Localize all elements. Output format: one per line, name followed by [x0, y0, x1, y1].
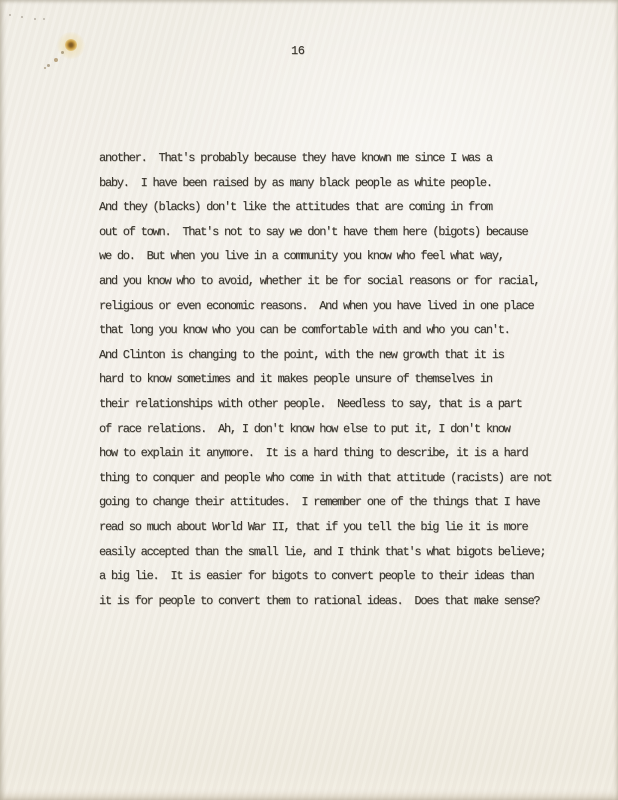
text-line: read so much about World War II, that if… — [99, 515, 569, 540]
stain-speck — [34, 18, 36, 20]
stain-speck — [44, 67, 46, 69]
stain-speck — [47, 64, 50, 67]
text-line: we do. But when you live in a community … — [99, 244, 569, 269]
text-line: that long you know who you can be comfor… — [99, 318, 569, 343]
text-line: out of town. That's not to say we don't … — [99, 220, 569, 245]
text-line: it is for people to convert them to rati… — [99, 589, 569, 614]
text-line: how to explain it anymore. It is a hard … — [99, 441, 569, 466]
text-line: And Clinton is changing to the point, wi… — [99, 343, 569, 368]
text-line: easily accepted than the small lie, and … — [99, 540, 569, 565]
coffee-stain — [65, 39, 77, 51]
text-line: baby. I have been raised by as many blac… — [99, 171, 569, 196]
scanned-page: 16 another. That's probably because they… — [0, 0, 618, 800]
text-line: a big lie. It is easier for bigots to co… — [99, 564, 569, 589]
text-line: their relationships with other people. N… — [99, 392, 569, 417]
text-line: thing to conquer and people who come in … — [99, 466, 569, 491]
text-line: And they (blacks) don't like the attitud… — [99, 195, 569, 220]
stain-speck — [61, 51, 64, 54]
stain-speck — [21, 16, 23, 18]
text-line: and you know who to avoid, whether it be… — [99, 269, 569, 294]
text-line: hard to know sometimes and it makes peop… — [99, 367, 569, 392]
stain-speck — [43, 18, 45, 20]
coffee-stain-halo — [57, 32, 85, 59]
text-line: religious or even economic reasons. And … — [99, 294, 569, 319]
body-text: another. That's probably because they ha… — [99, 146, 569, 613]
text-line: another. That's probably because they ha… — [99, 146, 569, 171]
text-line: of race relations. Ah, I don't know how … — [99, 417, 569, 442]
text-line: going to change their attitudes. I remem… — [99, 490, 569, 515]
stain-speck — [54, 58, 58, 62]
stain-speck — [9, 14, 11, 16]
page-number: 16 — [291, 44, 304, 58]
